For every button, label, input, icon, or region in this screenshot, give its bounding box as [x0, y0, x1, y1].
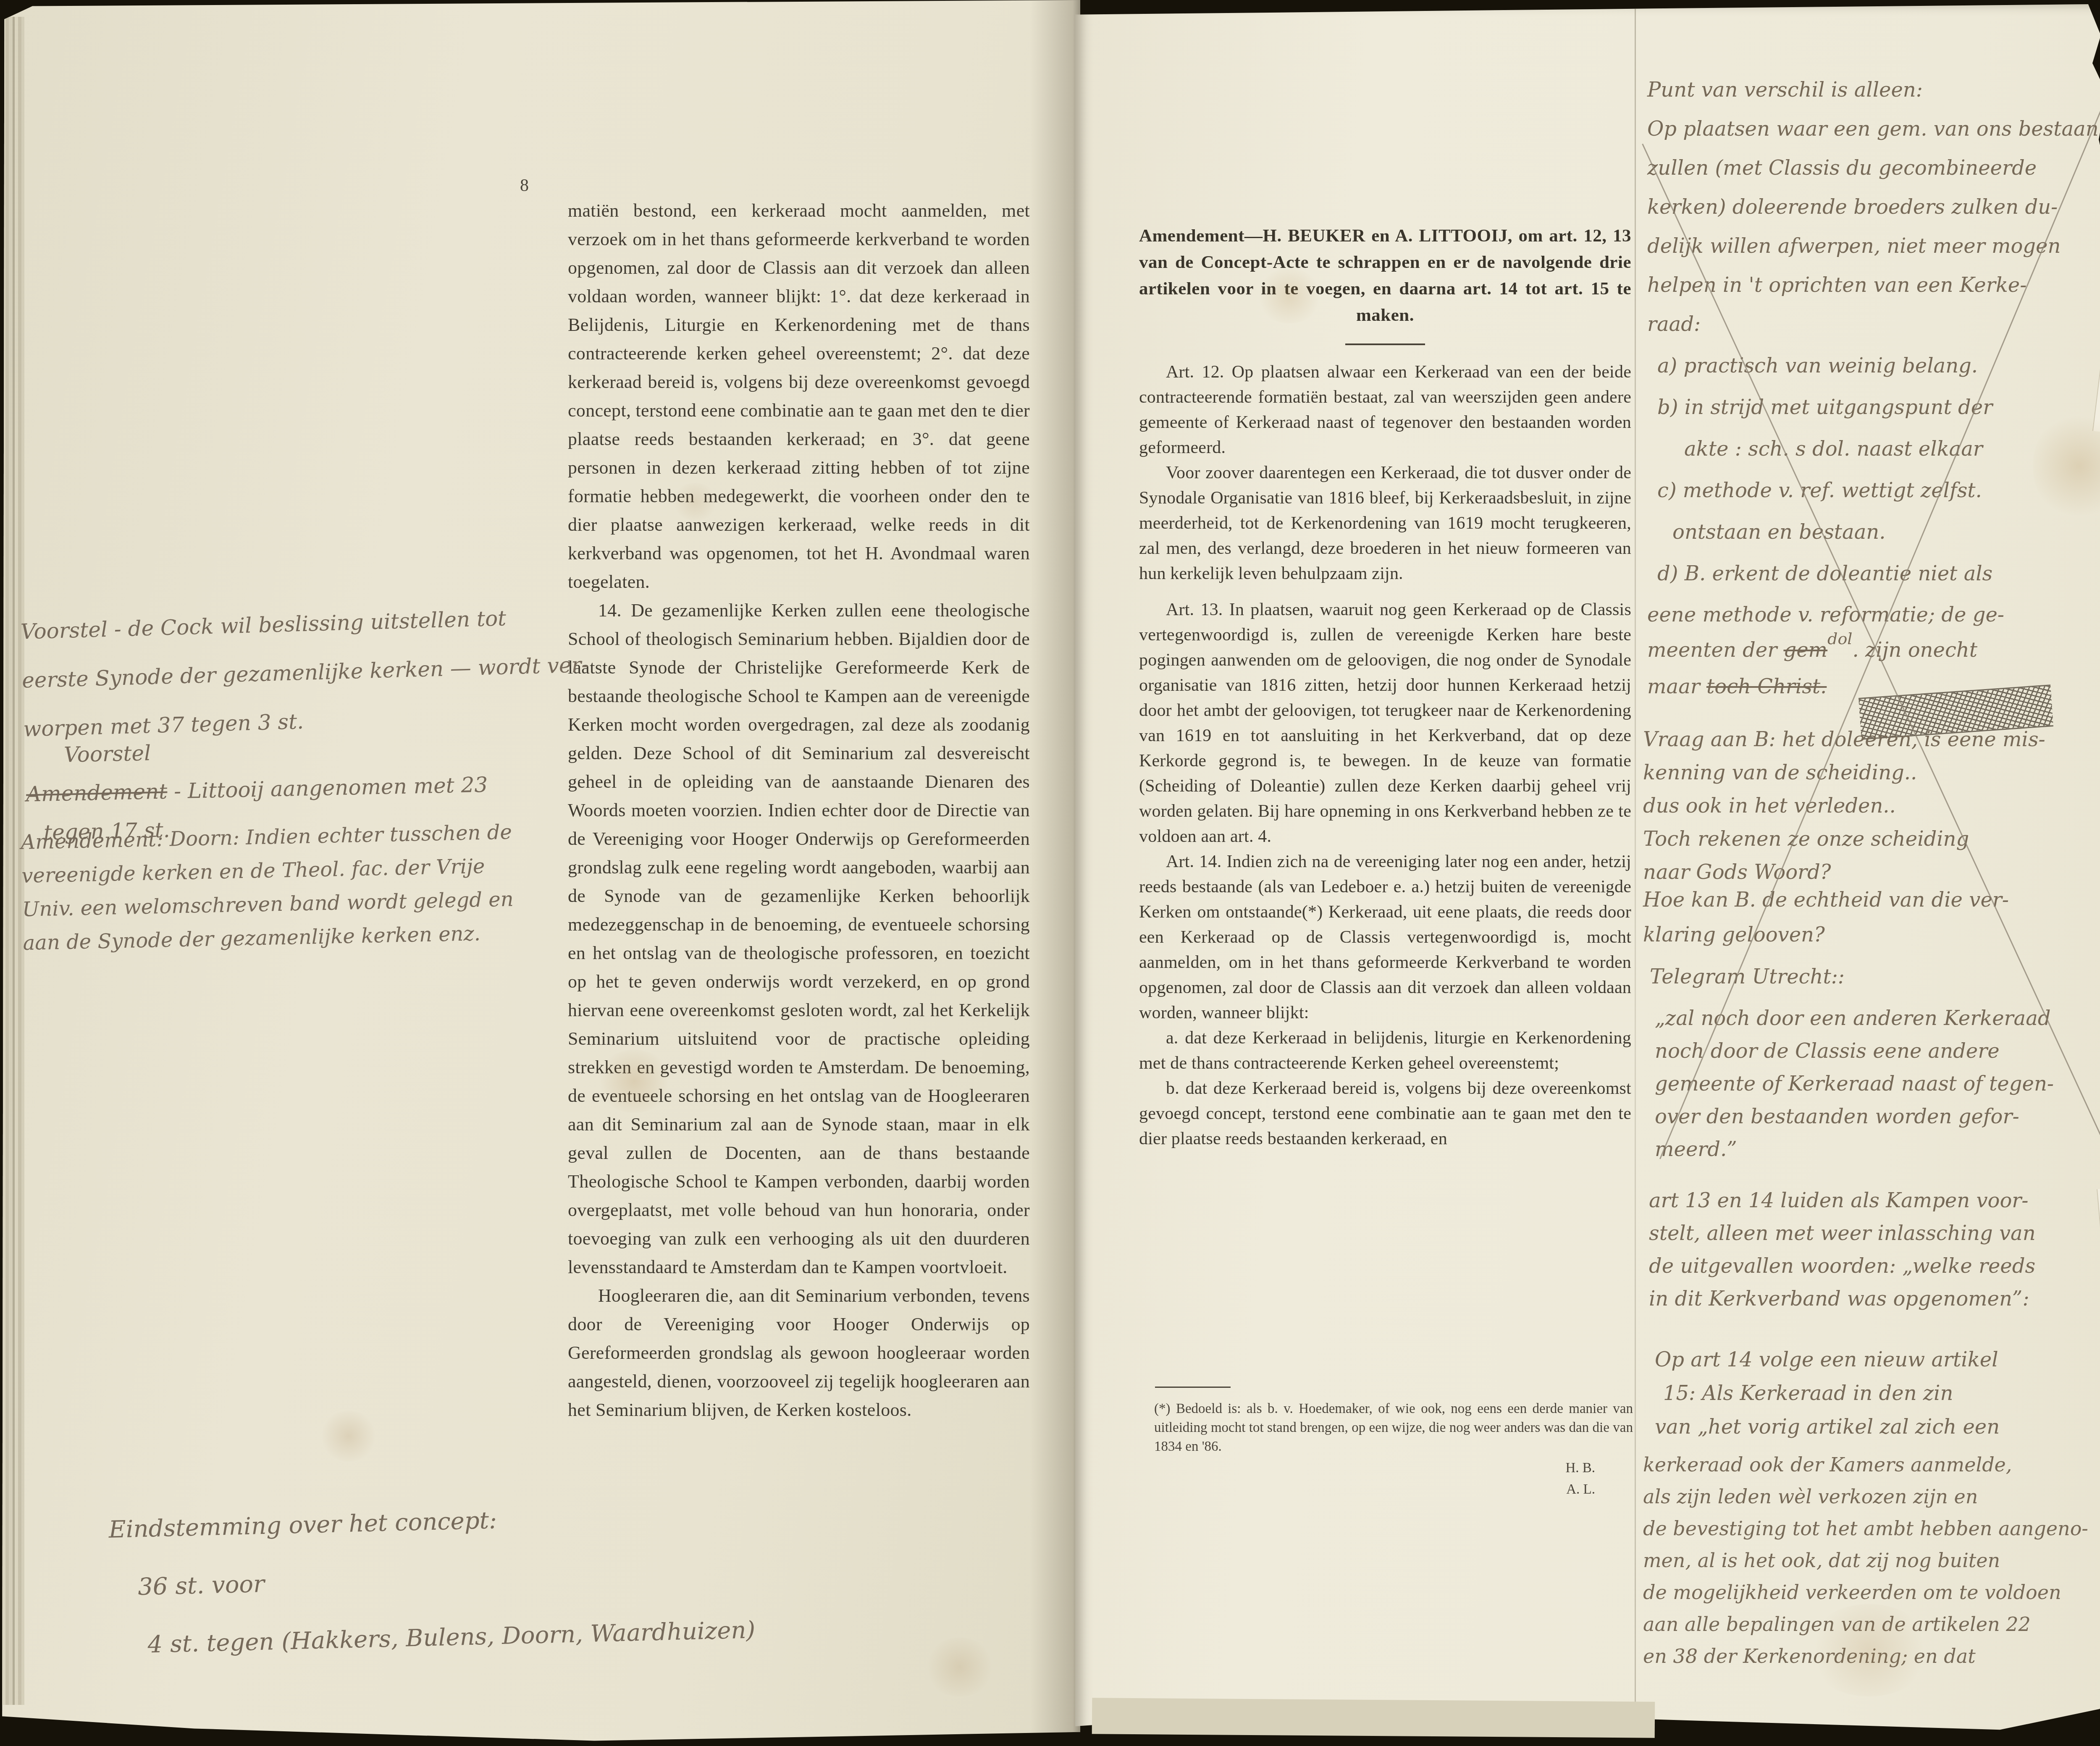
hw-line: zullen (met Classis du gecombineerde	[1647, 149, 2099, 188]
scanned-document-spread: 8 matiën bestond, een kerkeraad mocht aa…	[0, 0, 2100, 1746]
article-14-paragraph: Art. 14. Indien zich na de vereeniging l…	[1139, 849, 1631, 1025]
hw-telegram-label: Telegram Utrecht::	[1650, 965, 1845, 988]
initials: H. B. A. L.	[1154, 1459, 1633, 1499]
torn-paper-edge	[2092, 360, 2100, 434]
hw-line: en 38 der Kerkenordening; en dat	[1643, 1640, 2088, 1672]
hw-line: eene methode v. reformatie; de ge-	[1647, 597, 2004, 632]
left-printed-column: matiën bestond, een kerkeraad mocht aanm…	[568, 197, 1030, 1424]
hw-line: Punt van verschil is alleen:	[1647, 71, 2099, 110]
hw-line: aan alle bepalingen van de artikelen 22	[1643, 1608, 2088, 1640]
footnote-block: (*) Bedoeld is: als b. v. Hoedemaker, of…	[1154, 1387, 1633, 1499]
spacer	[1139, 586, 1631, 597]
margin-note-text: - Littooij aangenomen met 23	[174, 772, 488, 803]
margin-note-voorstel-de-cock: Voorstel - de Cock wil beslissing uitste…	[20, 592, 582, 754]
hw-line: c) methode v. ref. wettigt zelfst.	[1657, 470, 1992, 511]
struck-word: gem	[1783, 638, 1827, 662]
article-14-item-a: a. dat deze Kerkeraad in belijdenis, lit…	[1139, 1025, 1631, 1076]
hw-text: meenten der	[1647, 638, 1783, 662]
hw-line: als zijn leden wèl verkozen zijn en	[1643, 1481, 2088, 1513]
printed-paragraph: matiën bestond, een kerkeraad mocht aanm…	[568, 197, 1030, 596]
torn-paper-edge	[2097, 1188, 2100, 1248]
hw-line: raad:	[1647, 305, 2099, 344]
margin-note-amendement-doorn: Amendement: Doorn: Indien echter tussche…	[21, 814, 582, 960]
article-12-paragraph-1: Art. 12. Op plaatsen alwaar een Kerkeraa…	[1139, 359, 1631, 460]
hw-note-items-a-d: a) practisch van weinig belang. b) in st…	[1657, 345, 1992, 595]
hw-note-doleantie-continuation: eene methode v. reformatie; de ge- meent…	[1647, 597, 2004, 704]
hw-line: kerken) doleerende broeders zulken du-	[1647, 188, 2099, 227]
book-spine-page-edges	[0, 17, 24, 1705]
hw-line: delijk willen afwerpen, niet meer mogen	[1647, 227, 2099, 266]
hw-line: 15: Als Kerkeraad in den zin	[1663, 1376, 2000, 1410]
article-13-paragraph: Art. 13. In plaatsen, waaruit nog geen K…	[1139, 597, 1631, 849]
article-14-item-b: b. dat deze Kerkeraad bereid is, volgens…	[1139, 1076, 1631, 1151]
printed-paragraph-hoogleeraren: Hoogleeraren die, aan dit Seminarium ver…	[568, 1282, 1030, 1424]
inserted-word: dol	[1827, 621, 1852, 656]
hw-line: Hoe kan B. de echtheid van die ver-	[1643, 883, 2009, 918]
hw-line: kerkeraad ook der Kamers aanmelde,	[1643, 1449, 2088, 1481]
bottom-note-eindstemming: Eindstemming over het concept: 36 st. vo…	[108, 1485, 756, 1675]
hw-line: Vraag aan B: het doleeren, is eene mis-	[1643, 723, 2045, 756]
page-number: 8	[520, 176, 529, 196]
hw-line: akte : sch. s dol. naast elkaar	[1684, 428, 1992, 470]
hw-line: Op plaatsen waar een gem. van ons bestaa…	[1647, 110, 2099, 149]
under-page-edge	[1092, 1698, 1655, 1738]
struck-word: Amendement	[26, 779, 168, 806]
hw-line: gemeente of Kerkeraad naast of tegen-	[1655, 1067, 2054, 1100]
gutter-shadow	[1030, 0, 1080, 1746]
hw-line: de bevestiging tot het ambt hebben aange…	[1643, 1513, 2088, 1544]
hw-line: de mogelijkheid verkeerden om te voldoen	[1643, 1576, 2088, 1608]
amendment-heading: Amendement—H. BEUKER en A. LITTOOIJ, om …	[1139, 223, 1631, 328]
hw-note-nieuw-artikel-15: Op art 14 volge een nieuw artikel 15: Al…	[1655, 1343, 2000, 1444]
hw-line: Toch rekenen ze onze scheiding	[1643, 823, 2045, 856]
article-12-paragraph-2: Voor zoover daarentegen een Kerkeraad, d…	[1139, 460, 1631, 586]
hw-note-final-block: kerkeraad ook der Kamers aanmelde, als z…	[1643, 1449, 2088, 1672]
hw-note-vraag-aan-b: Vraag aan B: het doleeren, is eene mis- …	[1643, 723, 2045, 889]
footnote-text: (*) Bedoeld is: als b. v. Hoedemaker, of…	[1154, 1400, 1633, 1456]
hw-line: meerd.”	[1655, 1133, 2054, 1166]
hw-line: over den bestaanden worden gefor-	[1655, 1100, 2054, 1133]
paper-fold-line	[1635, 4, 1636, 1717]
hw-line: art 13 en 14 luiden als Kampen voor-	[1649, 1184, 2036, 1217]
hw-line: stelt, alleen met weer inlassching van	[1649, 1217, 2036, 1250]
hw-line: dus ook in het verleden..	[1643, 789, 2045, 823]
hw-line: van „het vorig artikel zal zich een	[1655, 1410, 2000, 1444]
footnote-rule	[1155, 1387, 1231, 1388]
hw-note-hoe-kan-b: Hoe kan B. de echtheid van die ver- klar…	[1643, 883, 2009, 952]
printed-paragraph-art14: 14. De gezamenlijke Kerken zullen eene t…	[568, 596, 1030, 1282]
hw-line: d) B. erkent de doleantie niet als	[1657, 553, 1992, 595]
hw-line: klaring gelooven?	[1643, 918, 2009, 952]
divider-rule	[1345, 343, 1425, 345]
hw-line: de uitgevallen woorden: „welke reeds	[1649, 1250, 2036, 1282]
right-printed-column: Amendement—H. BEUKER en A. LITTOOIJ, om …	[1139, 223, 1631, 1151]
hw-note-art-13-14: art 13 en 14 luiden als Kampen voor- ste…	[1649, 1184, 2036, 1315]
hw-line: ontstaan en bestaan.	[1672, 511, 1992, 553]
hw-line: b) in strijd met uitgangspunt der	[1657, 387, 1992, 428]
hw-text: maar	[1647, 675, 1706, 698]
hw-line: Op art 14 volge een nieuw artikel	[1655, 1343, 2000, 1376]
right-amendment-sheet: Amendement—H. BEUKER en A. LITTOOIJ, om …	[1075, 4, 2100, 1738]
hw-line: in dit Kerkverband was opgenomen”:	[1649, 1282, 2036, 1315]
hw-line: noch door de Classis eene andere	[1655, 1035, 2054, 1067]
left-book-page: 8 matiën bestond, een kerkeraad mocht aa…	[0, 0, 1080, 1746]
hw-line-gem-dol: meenten der gemdol. zijn onecht	[1647, 632, 2004, 669]
initial-al: A. L.	[1154, 1480, 1595, 1499]
hw-line: men, al is het ook, dat zij nog buiten	[1643, 1544, 2088, 1576]
initial-hb: H. B.	[1154, 1459, 1595, 1478]
hw-line: a) practisch van weinig belang.	[1657, 345, 1992, 387]
struck-phrase: toch Christ.	[1706, 675, 1827, 698]
hw-line: kenning van de scheiding..	[1643, 756, 2045, 789]
